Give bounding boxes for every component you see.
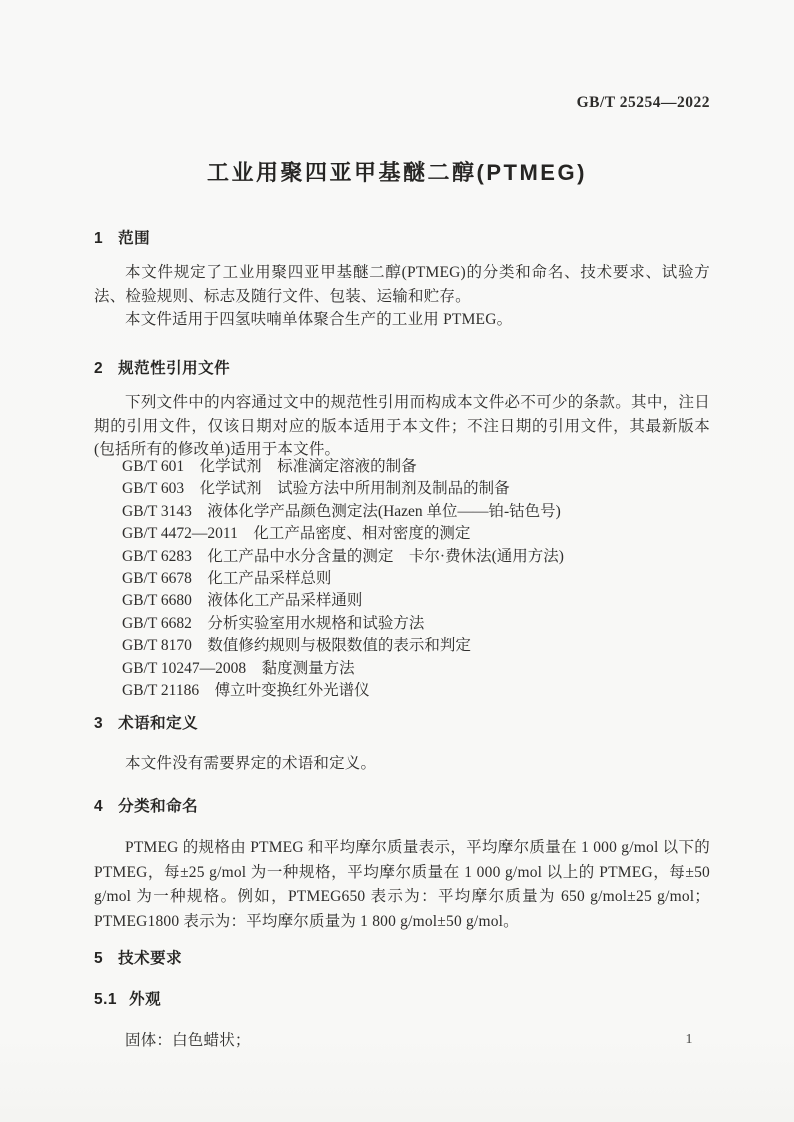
- section-number: 1: [94, 230, 103, 248]
- document-title: 工业用聚四亚甲基醚二醇(PTMEG): [0, 156, 794, 187]
- reference-item: GB/T 6680 液体化工产品采样通则: [94, 590, 710, 612]
- section-1-heading: 1范围: [94, 226, 710, 248]
- reference-item: GB/T 3143 液体化学产品颜色测定法(Hazen 单位——铂-钴色号): [94, 501, 710, 523]
- reference-item: GB/T 4472—2011 化工产品密度、相对密度的测定: [94, 523, 710, 545]
- section-number: 2: [94, 360, 103, 378]
- standard-number: GB/T 25254—2022: [577, 94, 710, 112]
- section-3-heading: 3术语和定义: [94, 711, 710, 733]
- section-title: 外观: [129, 991, 161, 1008]
- section-4-heading: 4分类和命名: [94, 794, 710, 816]
- normative-references-list: GB/T 601 化学试剂 标准滴定溶液的制备 GB/T 603 化学试剂 试验…: [94, 456, 710, 702]
- reference-item: GB/T 6682 分析实验室用水规格和试验方法: [94, 613, 710, 635]
- reference-item: GB/T 21186 傅立叶变换红外光谱仪: [94, 680, 710, 702]
- page-number: 1: [678, 1032, 700, 1048]
- section-1-body: 本文件规定了工业用聚四亚甲基醚二醇(PTMEG)的分类和命名、技术要求、试验方法…: [94, 261, 710, 332]
- paragraph: 本文件适用于四氢呋喃单体聚合生产的工业用 PTMEG。: [94, 308, 710, 332]
- document-page: GB/T 25254—2022 工业用聚四亚甲基醚二醇(PTMEG) 1范围 本…: [0, 0, 794, 1122]
- section-5-1-body: 固体：白色蜡状；: [94, 1029, 710, 1053]
- section-5-1-heading: 5.1外观: [94, 987, 710, 1009]
- reference-item: GB/T 6678 化工产品采样总则: [94, 568, 710, 590]
- reference-item: GB/T 10247—2008 黏度测量方法: [94, 658, 710, 680]
- reference-item: GB/T 603 化学试剂 试验方法中所用制剂及制品的制备: [94, 478, 710, 500]
- section-5-heading: 5技术要求: [94, 946, 710, 968]
- reference-item: GB/T 6283 化工产品中水分含量的测定 卡尔·费休法(通用方法): [94, 546, 710, 568]
- section-2-heading: 2规范性引用文件: [94, 356, 710, 378]
- reference-item: GB/T 8170 数值修约规则与极限数值的表示和判定: [94, 635, 710, 657]
- section-title: 术语和定义: [118, 715, 198, 732]
- section-3-body: 本文件没有需要界定的术语和定义。: [94, 752, 710, 776]
- section-number: 5.1: [94, 991, 117, 1009]
- paragraph: 固体：白色蜡状；: [94, 1029, 710, 1053]
- paragraph: 下列文件中的内容通过文中的规范性引用而构成本文件必不可少的条款。其中，注日期的引…: [94, 391, 710, 462]
- section-title: 分类和命名: [118, 798, 198, 815]
- section-title: 规范性引用文件: [118, 360, 230, 377]
- section-number: 3: [94, 715, 103, 733]
- section-number: 4: [94, 798, 103, 816]
- section-2-intro: 下列文件中的内容通过文中的规范性引用而构成本文件必不可少的条款。其中，注日期的引…: [94, 391, 710, 462]
- section-number: 5: [94, 950, 103, 968]
- reference-item: GB/T 601 化学试剂 标准滴定溶液的制备: [94, 456, 710, 478]
- paragraph: 本文件规定了工业用聚四亚甲基醚二醇(PTMEG)的分类和命名、技术要求、试验方法…: [94, 261, 710, 308]
- section-title: 技术要求: [118, 950, 182, 967]
- paragraph: PTMEG 的规格由 PTMEG 和平均摩尔质量表示，平均摩尔质量在 1 000…: [94, 836, 710, 934]
- paragraph: 本文件没有需要界定的术语和定义。: [94, 752, 710, 776]
- section-4-body: PTMEG 的规格由 PTMEG 和平均摩尔质量表示，平均摩尔质量在 1 000…: [94, 836, 710, 934]
- section-title: 范围: [118, 230, 150, 247]
